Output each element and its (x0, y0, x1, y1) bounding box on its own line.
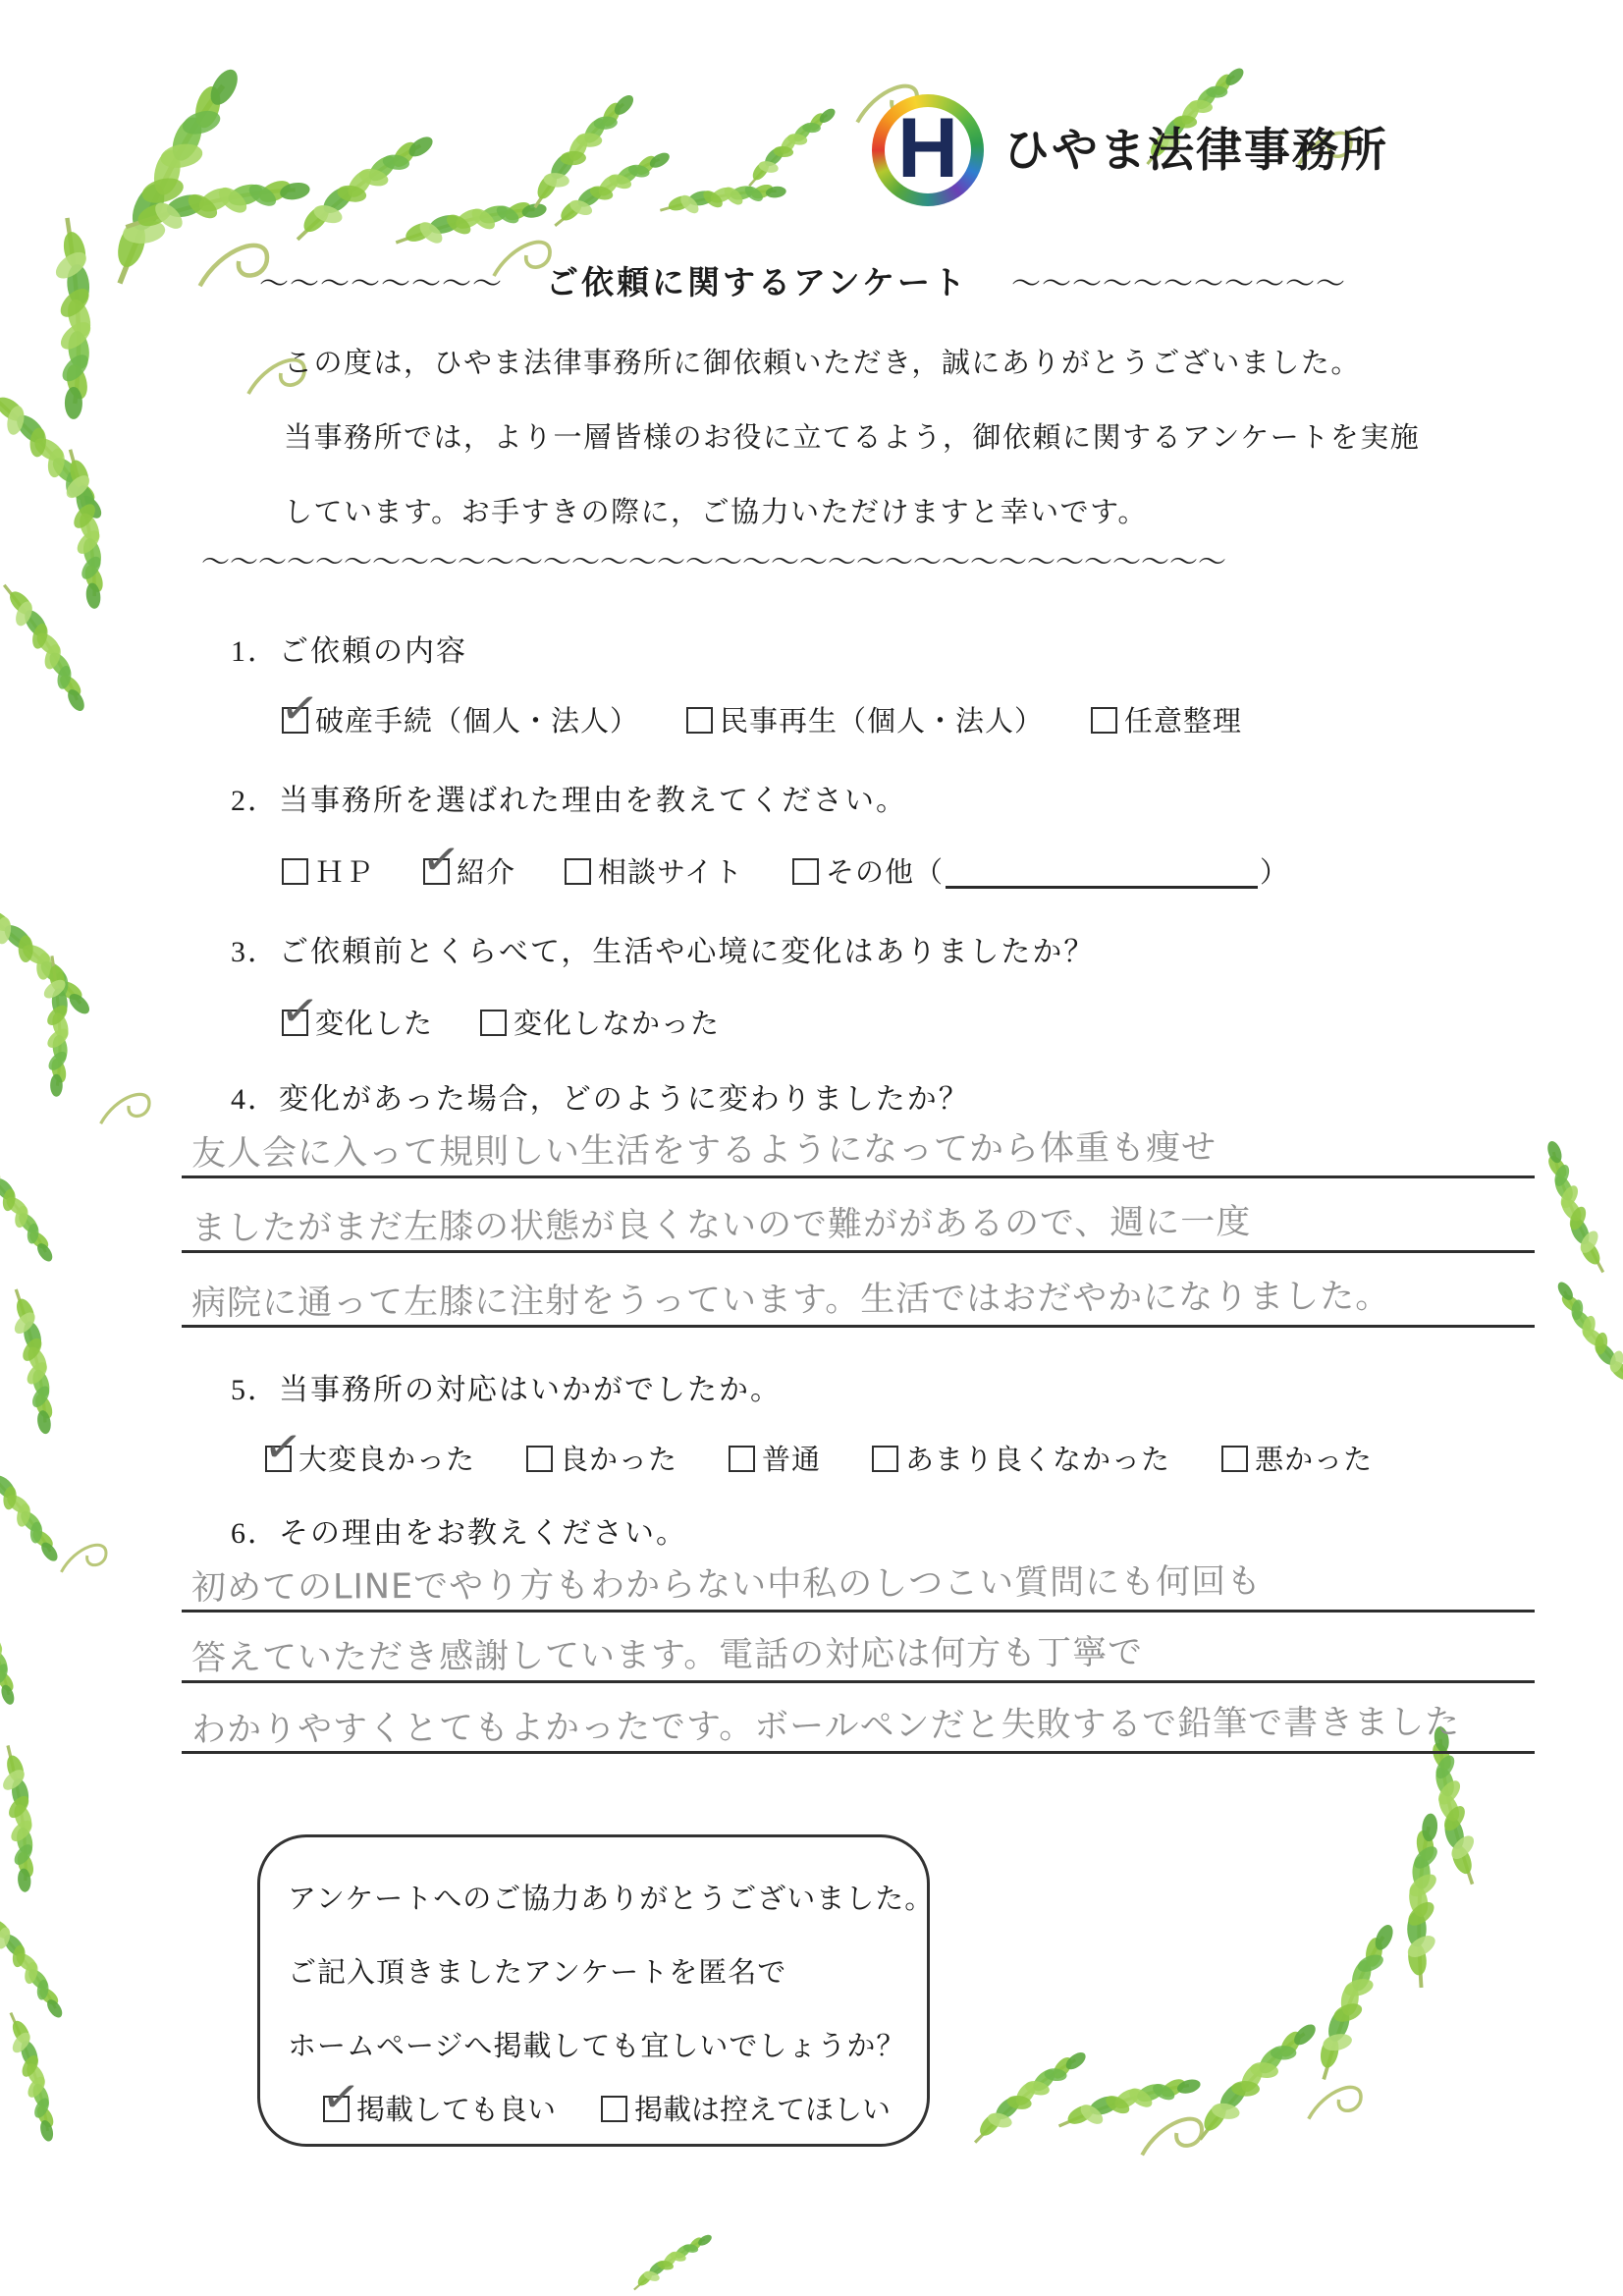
firm-name: ひやま法律事務所 (1003, 114, 1388, 180)
answer-line[interactable]: 初めてのLINEでやり方もわからない中私のしつこい質問にも何回も (182, 1552, 1535, 1613)
handwritten-text: 答えていただき感謝しています。電話の対応は何方も丁寧で (191, 1625, 1143, 1680)
answer-line[interactable]: わかりやすくとてもよかったです。ボールペンだと失敗するで鉛筆で書きました (182, 1693, 1535, 1754)
option-label: あまり良くなかった (905, 1438, 1170, 1478)
option-publish-ok: ✓ 掲載しても良い (323, 2088, 556, 2128)
option-label: 良かった (560, 1438, 677, 1478)
other-close-paren: ） (1260, 850, 1289, 891)
checkbox-bad[interactable]: ✓ (1221, 1446, 1248, 1472)
option-label: ＨＰ (315, 850, 374, 891)
question-1-label: 1．ご依頼の内容 (231, 627, 467, 670)
checkbox-voluntary-liquidation[interactable]: ✓ (1091, 707, 1117, 734)
check-icon: ✓ (419, 834, 464, 884)
checkbox-not-so-good[interactable]: ✓ (872, 1446, 898, 1472)
option-label: 悪かった (1255, 1438, 1373, 1478)
checkbox-bankruptcy[interactable]: ✓ (282, 707, 308, 734)
check-icon: ✓ (278, 985, 323, 1035)
handwritten-text: 初めてのLINEでやり方もわからない中私のしつこい質問にも何回も (191, 1555, 1262, 1611)
question-5-options: ✓ 大変良かった ✓ 良かった ✓ 普通 ✓ あまり良くなかった ✓ 悪かった (265, 1438, 1373, 1478)
box-line: アンケートへのご協力ありがとうございました。 (288, 1863, 927, 1937)
option-label: 掲載は控えてほしい (634, 2088, 891, 2128)
question-2-options: ✓ ＨＰ ✓ 紹介 ✓ 相談サイト ✓ その他（ ） (282, 850, 1289, 891)
checkbox-consultation-site[interactable]: ✓ (565, 858, 591, 885)
intro-line: 当事務所では，より一層皆様のお役に立てるよう，御依頼に関するアンケートを実施 (284, 401, 1420, 475)
answer-line[interactable]: 友人会に入って規則しい生活をするようになってから体重も痩せ (182, 1116, 1535, 1178)
option-civil-rehabilitation: ✓ 民事再生（個人・法人） (686, 699, 1044, 739)
option-good: ✓ 良かった (526, 1438, 677, 1478)
handwritten-text: 友人会に入って規則しい生活をするようになってから体重も痩せ (191, 1121, 1217, 1175)
option-very-good: ✓ 大変良かった (265, 1438, 475, 1478)
option-publish-refrain: ✓ 掲載は控えてほしい (601, 2088, 891, 2128)
checkbox-referral[interactable]: ✓ (423, 858, 450, 885)
permission-options: ✓ 掲載しても良い ✓ 掲載は控えてほしい (323, 2088, 927, 2128)
header-tildes-right: ～～～～～～～～～～～ (1011, 259, 1346, 302)
question-1-options: ✓ 破産手続（個人・法人） ✓ 民事再生（個人・法人） ✓ 任意整理 (282, 699, 1242, 739)
other-blank-field[interactable] (946, 852, 1258, 889)
permission-box: アンケートへのご協力ありがとうございました。 ご記入頂きましたアンケートを匿名で… (257, 1834, 930, 2147)
option-referral: ✓ 紹介 (423, 850, 515, 891)
checkbox-publish-ok[interactable]: ✓ (323, 2096, 350, 2122)
handwritten-text: わかりやすくとてもよかったです。ボールペンだと失敗するで鉛筆で書きました (191, 1695, 1460, 1752)
option-voluntary-liquidation: ✓ 任意整理 (1091, 699, 1242, 739)
option-other: ✓ その他（ ） (792, 850, 1289, 891)
checkbox-other[interactable]: ✓ (792, 858, 819, 885)
option-label: 相談サイト (598, 850, 743, 891)
option-label: その他（ (826, 850, 944, 891)
option-label: 任意整理 (1124, 699, 1242, 739)
checkbox-hp[interactable]: ✓ (282, 858, 308, 885)
handwritten-text: ましたがまだ左膝の状態が良くないので難ががあるので、週に一度 (191, 1195, 1252, 1251)
checkbox-not-changed[interactable]: ✓ (480, 1010, 507, 1036)
logo-letter: H (872, 92, 984, 204)
option-label: 普通 (762, 1438, 821, 1478)
checkbox-very-good[interactable]: ✓ (265, 1446, 292, 1472)
checkbox-civil-rehabilitation[interactable]: ✓ (686, 707, 713, 734)
option-bad: ✓ 悪かった (1221, 1438, 1373, 1478)
option-not-so-good: ✓ あまり良くなかった (872, 1438, 1170, 1478)
handwritten-text: 病院に通って左膝に注射をうっています。生活ではおだやかになりました。 (191, 1269, 1390, 1325)
option-hp: ✓ ＨＰ (282, 850, 374, 891)
intro-line: この度は，ひやま法律事務所に御依頼いただき，誠にありがとうございました。 (284, 326, 1420, 401)
question-4-label: 4．変化があった場合，どのように変わりましたか？ (231, 1074, 970, 1118)
page-header: ～～～～～～～～ ご依頼に関するアンケート ～～～～～～～～～～～ (259, 257, 1346, 303)
option-bankruptcy: ✓ 破産手続（個人・法人） (282, 699, 639, 739)
option-not-changed: ✓ 変化しなかった (480, 1002, 720, 1042)
intro-paragraph: この度は，ひやま法律事務所に御依頼いただき，誠にありがとうございました。 当事務… (284, 326, 1420, 550)
checkbox-changed[interactable]: ✓ (282, 1010, 308, 1036)
answer-line[interactable]: 病院に通って左膝に注射をうっています。生活ではおだやかになりました。 (182, 1265, 1535, 1328)
survey-page: H ひやま法律事務所 ～～～～～～～～ ご依頼に関するアンケート ～～～～～～～… (0, 0, 1623, 2296)
check-icon: ✓ (261, 1421, 306, 1471)
option-label: 掲載しても良い (356, 2088, 556, 2128)
option-normal: ✓ 普通 (729, 1438, 821, 1478)
option-label: 民事再生（個人・法人） (720, 699, 1044, 739)
header-tildes-left: ～～～～～～～～ (259, 259, 503, 302)
intro-line: しています。お手すきの際に，ご協力いただけますと幸いです。 (284, 475, 1420, 550)
question-2-label: 2．当事務所を選ばれた理由を教えてください。 (231, 776, 907, 819)
checkbox-normal[interactable]: ✓ (729, 1446, 755, 1472)
option-label: 変化した (315, 1002, 433, 1042)
box-line: ご記入頂きましたアンケートを匿名で (288, 1937, 927, 2010)
page-title: ご依頼に関するアンケート (546, 257, 968, 303)
question-5-label: 5．当事務所の対応はいかがでしたか。 (231, 1365, 782, 1408)
checkbox-publish-refrain[interactable]: ✓ (601, 2096, 627, 2122)
option-label: 紹介 (457, 850, 515, 891)
answer-line[interactable]: 答えていただき感謝しています。電話の対応は何方も丁寧で (182, 1622, 1535, 1683)
option-label: 大変良かった (298, 1438, 475, 1478)
option-changed: ✓ 変化した (282, 1002, 433, 1042)
option-label: 変化しなかった (514, 1002, 720, 1042)
option-label: 破産手続（個人・法人） (315, 699, 639, 739)
box-line: ホームページへ掲載しても宜しいでしょうか？ (288, 2010, 927, 2084)
check-icon: ✓ (319, 2072, 363, 2122)
question-3-options: ✓ 変化した ✓ 変化しなかった (282, 1002, 720, 1042)
option-consultation-site: ✓ 相談サイト (565, 850, 743, 891)
question-6-label: 6．その理由をお教えください。 (231, 1508, 687, 1552)
question-3-label: 3．ご依頼前とくらべて，生活や心境に変化はありましたか？ (231, 927, 1095, 970)
tilde-divider: ～～～～～～～～～～～～～～～～～～～～～～～～～～～～～～～～～～～～ (201, 540, 1226, 580)
answer-line[interactable]: ましたがまだ左膝の状態が良くないので難ががあるので、週に一度 (182, 1190, 1535, 1253)
checkbox-good[interactable]: ✓ (526, 1446, 553, 1472)
check-icon: ✓ (278, 683, 323, 733)
